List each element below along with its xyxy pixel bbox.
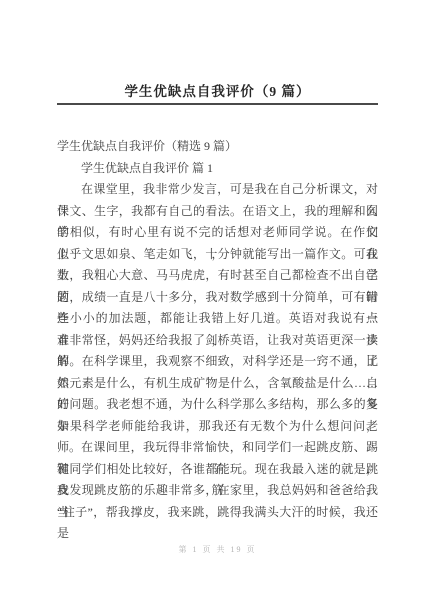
- text-line: 的问题。我老想不通，为什么科学那么多结构，那么多的复杂，: [57, 394, 378, 416]
- text-line: 然元素是什么，有机生成矿物是什么，含氧酸盐是什么……好多: [57, 373, 378, 395]
- section-heading: 学生优缺点自我评价 篇 1: [57, 158, 378, 180]
- title-divider: [57, 103, 378, 105]
- text-line: 我发现跳皮筋的乐趣非常多，在家里，我总妈妈和爸爸给我当: [57, 480, 378, 502]
- document-page: 学生优缺点自我评价（9 篇） 学生优缺点自我评价（精选 9 篇） 学生优缺点自我…: [0, 0, 424, 600]
- text-line: 的相似，有时心里有说不完的话想对老师同学说。在作文上，我: [57, 222, 378, 244]
- document-title: 学生优缺点自我评价（9 篇）: [57, 0, 378, 100]
- text-line: 解。在科学课里，我观察不细致，对科学还是一窍不通，比如自: [57, 351, 378, 373]
- text-line: 和同学们相处比较好，各谁都能玩。现在我最入迷的就是跳皮筋，: [57, 459, 378, 481]
- text-line: 些小小的加法题，都能让我错上好几道。英语对我说有点难，读: [57, 308, 378, 330]
- paragraphs: 在课堂里，我非常少发言，可是我在自己分析课文，对什么课文、生字，我都有自己的看法…: [57, 179, 378, 523]
- text-line: “柱子”，帮我撑皮，我来跳，跳得我满头大汗的时候，我还是: [57, 502, 378, 524]
- document-subtitle: 学生优缺点自我评价（精选 9 篇）: [57, 136, 378, 158]
- text-line: 上，我粗心大意、马马虎虎，有时甚至自己都检查不出自己的错: [57, 265, 378, 287]
- text-line: 课文、生字，我都有自己的看法。在语文上，我的理解和同学们: [57, 201, 378, 223]
- body-text: 学生优缺点自我评价（精选 9 篇） 学生优缺点自我评价 篇 1 在课堂里，我非常…: [57, 136, 378, 523]
- text-line: 似乎文思如泉、笔走如飞，十分钟就能写出一篇作文。可在数学: [57, 244, 378, 266]
- text-line: 在课间里，我玩得非常愉快，和同学们一起跳皮筋、踢键子，: [57, 437, 378, 459]
- text-line: 如果科学老师能给我讲，那我还有无数个为什么想问问老师。: [57, 416, 378, 438]
- text-line: 在课堂里，我非常少发言，可是我在自己分析课文，对什么: [57, 179, 378, 201]
- page-content: 学生优缺点自我评价（9 篇） 学生优缺点自我评价（精选 9 篇） 学生优缺点自我…: [57, 0, 378, 523]
- page-number-footer: 第 1 页 共 19 页: [57, 544, 378, 555]
- text-line: 音非常怪，妈妈还给我报了剑桥英语，让我对英语更深一步的了: [57, 330, 378, 352]
- text-line: 题，成绩一直是八十多分，我对数学感到十分简单，可有时连一: [57, 287, 378, 309]
